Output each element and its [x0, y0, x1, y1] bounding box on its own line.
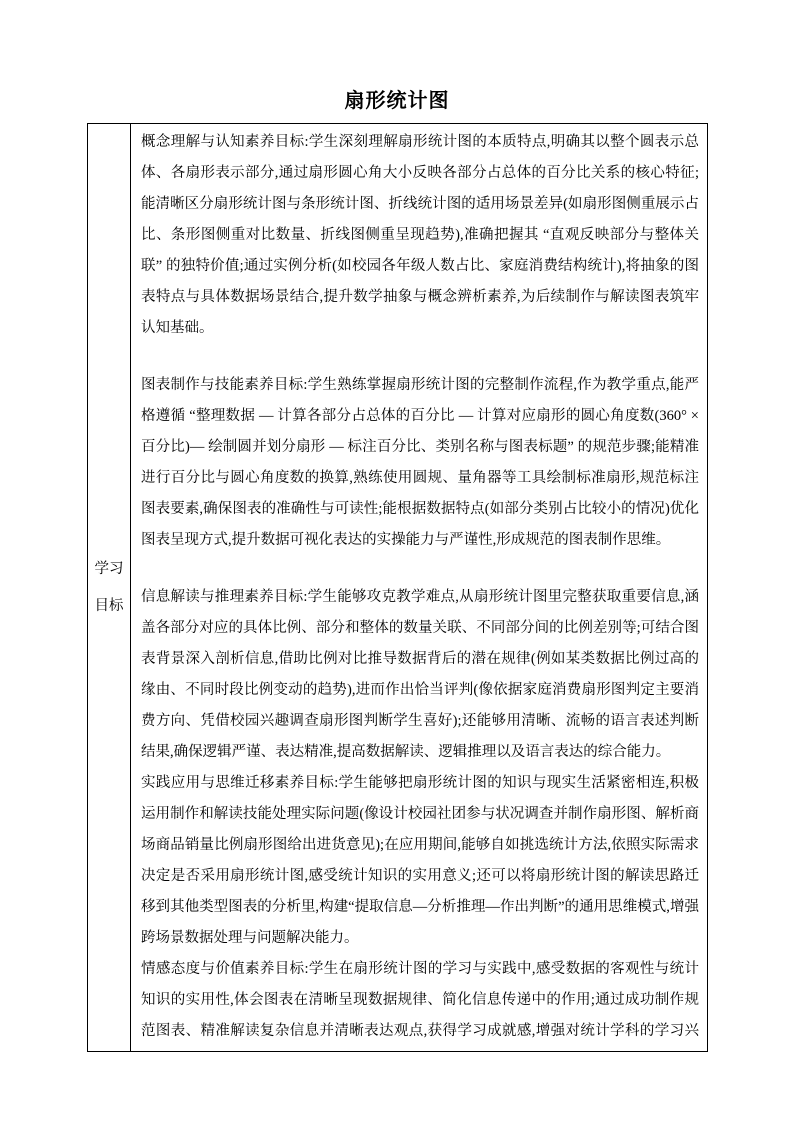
objective-paragraph-attitude: 情感态度与价值素养目标:学生在扇形统计图的学习与实践中,感受数据的客观性与统计知…: [141, 954, 699, 1051]
objective-paragraph-chart-making: 图表制作与技能素养目标:学生熟练掌握扇形统计图的完整制作流程,作为教学重点,能严…: [141, 370, 699, 556]
objective-paragraph-concept: 概念理解与认知素养目标:学生深刻理解扇形统计图的本质特点,明确其以整个圆表示总体…: [141, 127, 699, 344]
row-header-line-2: 目标: [95, 588, 124, 625]
objective-paragraph-application: 实践应用与思维迁移素养目标:学生能够把扇形统计图的知识与现实生活紧密相连,积极运…: [141, 768, 699, 954]
objectives-content: 概念理解与认知素养目标:学生深刻理解扇形统计图的本质特点,明确其以整个圆表示总体…: [131, 124, 707, 1051]
row-header-line-1: 学习: [95, 551, 124, 588]
document-title: 扇形统计图: [0, 84, 794, 113]
document-page: 扇形统计图 学习 目标 概念理解与认知素养目标:学生深刻理解扇形统计图的本质特点…: [0, 0, 794, 1123]
objectives-table: 学习 目标 概念理解与认知素养目标:学生深刻理解扇形统计图的本质特点,明确其以整…: [87, 123, 708, 1052]
blank-line-1: [141, 344, 699, 370]
objective-paragraph-interpretation: 信息解读与推理素养目标:学生能够攻克教学难点,从扇形统计图里完整获取重要信息,涵…: [141, 582, 699, 768]
table-row-header: 学习 目标: [88, 124, 131, 1051]
blank-line-2: [141, 556, 699, 582]
